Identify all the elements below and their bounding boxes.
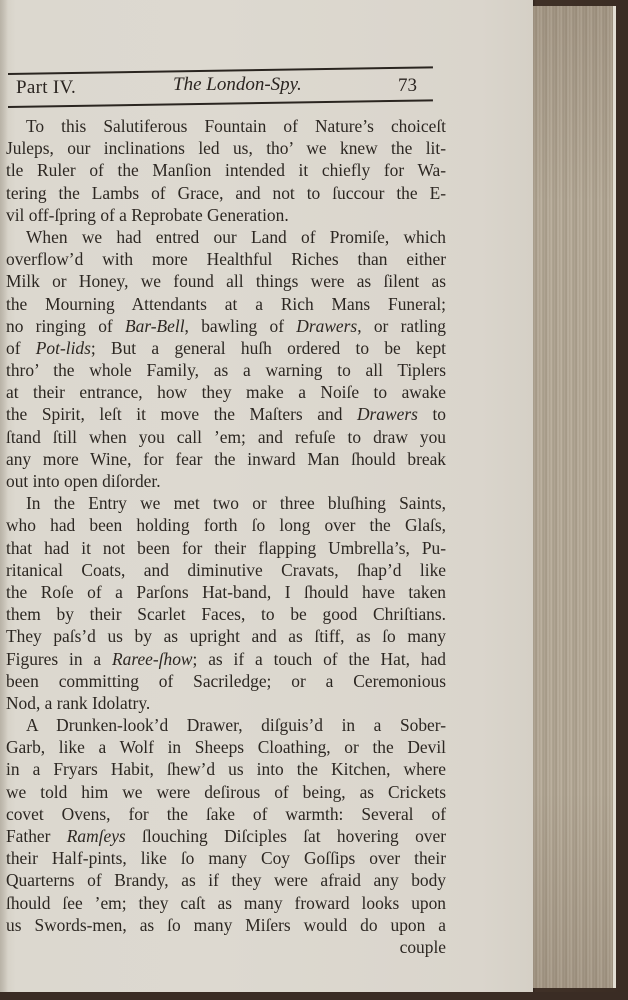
text-line: the Mourning Attendants at a Rich Mans F… <box>6 293 446 315</box>
italic-term: Drawers <box>357 404 418 424</box>
text-line: Juleps, our inclinations led us, tho’ we… <box>6 137 446 159</box>
text-line: that had it not been for their flapping … <box>6 537 446 559</box>
text-line: To this Salutiferous Fountain of Nature’… <box>6 115 446 137</box>
page-number: 73 <box>398 75 417 97</box>
text-line: no ringing of Bar-Bell, bawling of Drawe… <box>6 315 446 337</box>
book-page: Part IV. The London-Spy. 73 To this Salu… <box>0 0 533 992</box>
text-line: tle Ruler of the Manſion intended it chi… <box>6 159 446 181</box>
page-edges <box>533 6 616 988</box>
text-line: at their entrance, how they make a Noiſe… <box>6 381 446 403</box>
italic-term: Raree-ſhow <box>112 649 193 669</box>
book: Part IV. The London-Spy. 73 To this Salu… <box>0 0 628 1000</box>
text-line: In the Entry we met two or three bluſhin… <box>6 492 446 514</box>
italic-term: Bar-Bell <box>125 316 185 336</box>
text-line: Garb, like a Wolf in Sheeps Cloathing, o… <box>6 736 446 758</box>
text-line: been committing of Sacriledge; or a Cere… <box>6 670 446 692</box>
header-rule-bottom <box>8 99 433 108</box>
text-line: Figures in a Raree-ſhow; as if a touch o… <box>6 648 446 670</box>
header-part-label: Part IV. <box>16 77 76 99</box>
text-line: overflow’d with more Healthful Riches th… <box>6 248 446 270</box>
book-cover-edge <box>0 992 628 1000</box>
text-line: When we had entred our Land of Promiſe, … <box>6 226 446 248</box>
text-line: of Pot-lids; But a general huſh ordered … <box>6 337 446 359</box>
text-line: out into open diſorder. <box>6 470 446 492</box>
text-line: ritanical Coats, and diminutive Cravats,… <box>6 559 446 581</box>
header-book-title: The London-Spy. <box>173 74 302 96</box>
text-line: any more Wine, for fear the inward Man ſ… <box>6 448 446 470</box>
text-line: we told him we were deſirous of being, a… <box>6 781 446 803</box>
text-line: in a Fryars Habit, ſhew’d us into the Ki… <box>6 758 446 780</box>
text-line: Father Ramſeys ſlouching Diſciples ſat h… <box>6 825 446 847</box>
text-line: them by their Scarlet Faces, to be good … <box>6 603 446 625</box>
text-line: their Half-pints, like ſo many Coy Goſſi… <box>6 847 446 869</box>
text-line: the Spirit, leſt it move the Maſters and… <box>6 403 446 425</box>
catchword: couple <box>6 936 446 958</box>
text-line: A Drunken-look’d Drawer, diſguis’d in a … <box>6 714 446 736</box>
text-line: ſhould ſee ’em; they caſt as many frowar… <box>6 892 446 914</box>
text-line: Quarterns of Brandy, as if they were afr… <box>6 869 446 891</box>
text-line: who had been holding forth ſo long over … <box>6 514 446 536</box>
running-header: Part IV. The London-Spy. 73 <box>8 63 433 99</box>
text-line: the Roſe of a Parſons Hat-band, I ſhould… <box>6 581 446 603</box>
body-text: To this Salutiferous Fountain of Nature’… <box>6 115 446 958</box>
text-line: Nod, a rank Idolatry. <box>6 692 446 714</box>
text-line: covet Ovens, for the ſake of warmth: Sev… <box>6 803 446 825</box>
text-line: thro’ the whole Family, as a warning to … <box>6 359 446 381</box>
text-line: Milk or Honey, we found all things were … <box>6 270 446 292</box>
text-line: They paſs’d us by as upright and as ſtif… <box>6 625 446 647</box>
text-line: ſtand ſtill when you call ’em; and refuſ… <box>6 426 446 448</box>
text-line: tering the Lambs of Grace, and not to ſu… <box>6 182 446 204</box>
italic-term: Pot-lids <box>36 338 91 358</box>
italic-term: Ramſeys <box>67 826 126 846</box>
text-line: us Swords-men, as ſo many Miſers would d… <box>6 914 446 936</box>
italic-term: Drawers <box>296 316 357 336</box>
text-line: vil off-ſpring of a Reprobate Generation… <box>6 204 446 226</box>
